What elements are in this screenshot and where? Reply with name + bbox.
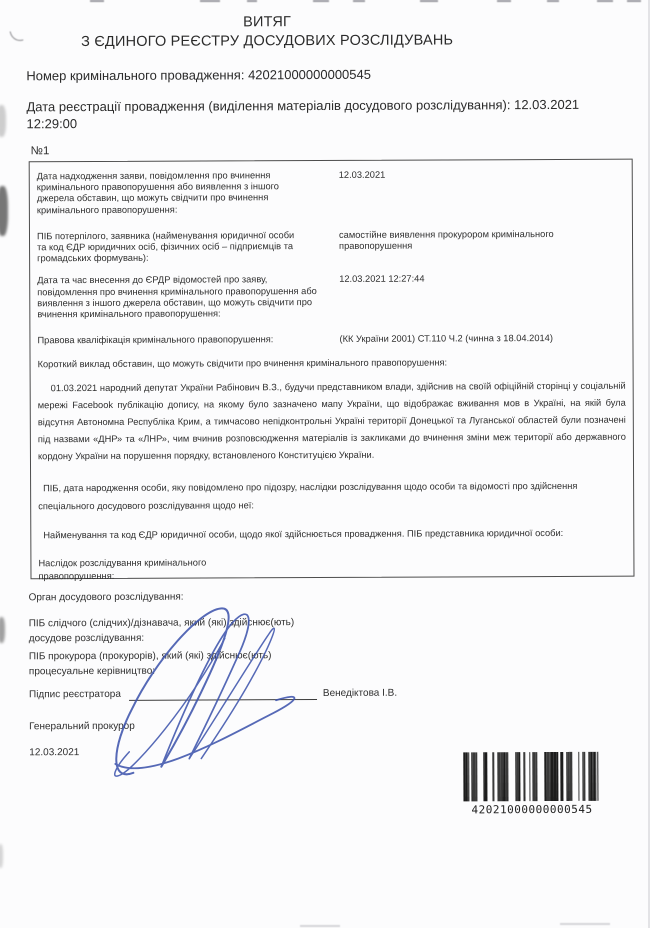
title-line-1: ВИТЯГ <box>26 12 508 33</box>
summary-text: 01.03.2021 народний депутат України Рабі… <box>38 377 626 466</box>
row-label: Дата та час внесення до ЄРДР відомостей … <box>37 274 331 320</box>
record-table: Дата надходження заяви, повідомлення про… <box>29 159 635 580</box>
document-title: ВИТЯГ З ЄДИНОГО РЕЄСТРУ ДОСУДОВИХ РОЗСЛІ… <box>26 12 508 52</box>
table-row: Дата та час внесення до ЄРДР відомостей … <box>37 273 625 320</box>
barcode-number: 42021000000000545 <box>461 803 602 817</box>
row-label: Правова кваліфікація кримінального право… <box>37 334 331 346</box>
registration-date-line: Дата реєстрації провадження (виділення м… <box>26 96 586 132</box>
case-number-label: Номер кримінального провадження: <box>26 67 244 83</box>
document-date: 12.03.2021 <box>29 745 79 760</box>
table-row: ПІБ потерпілого, заявника (найменування … <box>37 229 625 265</box>
registrar-name: Венедіктова І.В. <box>323 686 397 701</box>
row-value: 12.03.2021 <box>339 169 625 215</box>
row-value: (КК України 2001) СТ.110 Ч.2 (чинна з 18… <box>339 333 625 345</box>
registration-line-2: 12:29:00 <box>26 116 77 131</box>
registrar-position: Генеральний прокурор <box>29 719 135 734</box>
signature-label: Підпис реєстратора <box>29 687 121 702</box>
prosecutor-label: ПІБ прокурора (прокурорів), який (які) з… <box>29 648 272 679</box>
legal-entity-heading: Найменування та код ЄДР юридичної особи,… <box>38 526 626 541</box>
registration-line-1: Дата реєстрації провадження (виділення м… <box>26 97 579 114</box>
case-number-line: Номер кримінального провадження: 4202100… <box>26 66 371 85</box>
investigation-result-heading: Наслідок розслідування кримінального пра… <box>38 554 626 583</box>
case-number-value: 42021000000000545 <box>248 67 371 83</box>
signature-underline <box>129 688 317 701</box>
barcode-block: 42021000000000545 <box>461 752 602 817</box>
row-label: Дата надходження заяви, повідомлення про… <box>37 170 331 216</box>
registrar-signature-line: Підпис реєстратора Венедіктова І.В. <box>29 686 397 703</box>
barcode <box>461 752 602 802</box>
row-label: ПІБ потерпілого, заявника (найменування … <box>37 230 331 265</box>
record-number: №1 <box>31 143 50 160</box>
summary-heading: Короткий виклад обставин, що можуть свід… <box>38 357 626 371</box>
row-value: самостійне виявлення прокурором кримінал… <box>339 229 625 264</box>
table-row: Правова кваліфікація кримінального право… <box>37 333 625 347</box>
row-value: 12.03.2021 12:27:44 <box>339 273 625 319</box>
title-line-2: З ЄДИНОГО РЕЄСТРУ ДОСУДОВИХ РОЗСЛІДУВАНЬ <box>26 31 508 52</box>
suspect-heading: ПІБ, дата народження особи, яку повідомл… <box>38 476 626 515</box>
investigator-label: ПІБ слідчого (слідчих)/дізнавача, який (… <box>29 615 295 646</box>
scanned-document-page: ВИТЯГ З ЄДИНОГО РЕЄСТРУ ДОСУДОВИХ РОЗСЛІ… <box>0 0 650 928</box>
investigation-body-label: Орган досудового розслідування: <box>29 590 184 606</box>
table-row: Дата надходження заяви, повідомлення про… <box>37 169 625 216</box>
